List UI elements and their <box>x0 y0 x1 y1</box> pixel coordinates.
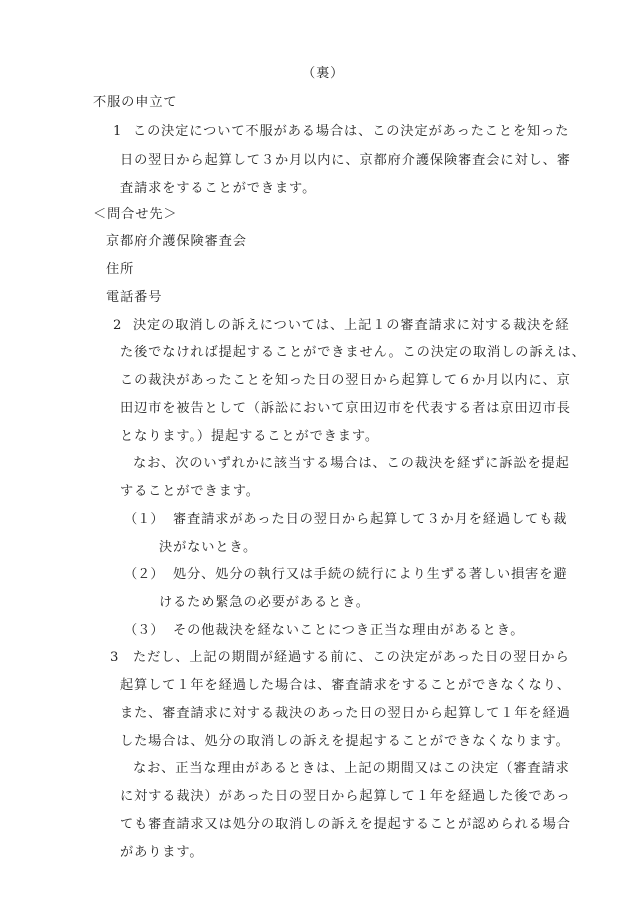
item-3-line: また、審査請求に対する裁決のあった日の翌日から起算して１年を経過 <box>120 706 571 722</box>
subitem-1-number: （１） <box>124 512 164 528</box>
item-2-line: 田辺市を被告として（訴訟において京田辺市を代表する者は京田辺市長 <box>120 401 571 417</box>
subitem-1-line: 審査請求があった日の翌日から起算して３か月を経過しても裁 <box>173 512 567 528</box>
item-3-line: ただし、上記の期間が経過する前に、この決定があった日の翌日から <box>133 650 570 666</box>
contact-phone-label: 電話番号 <box>106 290 162 306</box>
item-2-line: 決定の取消しの訴えについては、上記１の審査請求に対する裁決を経 <box>133 318 569 334</box>
item-2-number: 2 <box>113 318 121 334</box>
item-2-line: となります。）提起することができます。 <box>120 429 379 445</box>
subitem-2-number: （２） <box>124 567 164 583</box>
contact-organization: 京都府介護保険審査会 <box>106 234 247 250</box>
subitem-3-line: その他裁決を経ないことにつき正当な理由があるとき。 <box>173 623 524 639</box>
item-3-number: 3 <box>110 650 118 666</box>
item-3-line: ても審査請求又は処分の取消しの訴えを提起することが認められる場合 <box>120 817 571 833</box>
subitem-3-number: （３） <box>124 623 164 639</box>
item-1-line: 日の翌日から起算して３か月以内に、京都府介護保険審査会に対し、審 <box>120 153 571 169</box>
contact-label: ＜問合せ先＞ <box>93 207 178 223</box>
item-2-line: この裁決があったことを知った日の翌日から起算して６か月以内に、京 <box>120 373 571 389</box>
item-1-line: この決定について不服がある場合は、この決定があったことを知った <box>133 124 569 140</box>
item-3-line: に対する裁決）があった日の翌日から起算して１年を経過した後であっ <box>120 789 571 805</box>
item-1-line: 査請求をすることができます。 <box>120 181 316 197</box>
item-2-line: なお、次のいずれかに該当する場合は、この裁決を経ずに訴訟を提起 <box>133 456 570 472</box>
item-3-line: した場合は、処分の取消しの訴えを提起することができなくなります。 <box>120 734 570 750</box>
page-side-label: （裏） <box>302 66 344 82</box>
item-2-line: た後でなければ提起することができません。この決定の取消しの訴えは、 <box>120 345 586 361</box>
subitem-1-line: 決がないとき。 <box>159 540 257 556</box>
item-3-line: があります。 <box>120 845 203 861</box>
item-1-number: 1 <box>113 124 121 140</box>
contact-address-label: 住所 <box>106 262 134 278</box>
subitem-2-line: 処分、処分の執行又は手続の続行により生ずる著しい損害を避 <box>173 567 567 583</box>
section-heading: 不服の申立て <box>93 95 178 111</box>
item-2-line: することができます。 <box>120 484 260 500</box>
item-3-line: 起算して１年を経過した場合は、審査請求をすることができなくなり、 <box>120 678 571 694</box>
subitem-2-line: けるため緊急の必要があるとき。 <box>159 595 370 611</box>
item-3-line: なお、正当な理由があるときは、上記の期間又はこの決定（審査請求 <box>133 761 570 777</box>
